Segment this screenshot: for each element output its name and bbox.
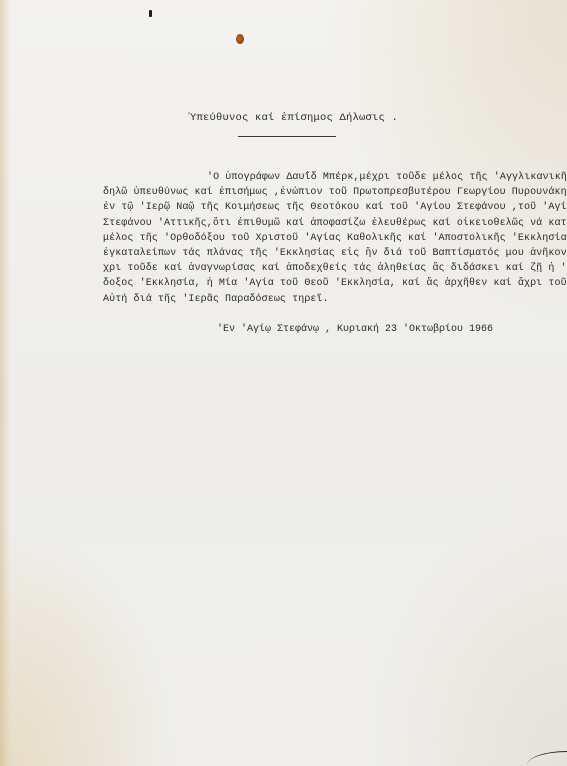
body-line: μέλος τῆς 'Ορθοδόξου τοῦ Χριστοῦ 'Αγίας … [103, 231, 558, 246]
ink-mark [149, 10, 152, 17]
body-line: ἐν τῷ 'Ιερῷ Ναῷ τῆς Κοιμήσεως τῆς Θεοτόκ… [103, 200, 558, 215]
rust-spot [236, 34, 244, 44]
body-line: 'Ο ὑπογράφων Δαυΐδ Μπέρκ,μέχρι τοῦδε μέλ… [103, 170, 558, 185]
body-line: δοξος 'Εκκλησία, ἡ Μία 'Αγία τοῦ Θεοῦ 'Ε… [103, 276, 558, 291]
body-line: ἐγκαταλείπων τάς πλάνας τῆς 'Εκκλησίας ε… [103, 246, 558, 261]
body-line: Αὐτή διά τῆς 'Ιερᾶς Παραδόσεως τηρεῖ. [103, 292, 558, 307]
place-date-line: 'Εν 'Αγίῳ Στεφάνῳ , Κυριακή 23 'Οκτωβρίο… [217, 324, 493, 335]
body-line: δηλῶ ὑπευθύνως καί ἐπισήμως ,ἐνώπιον τοῦ… [103, 185, 558, 200]
document-title: Ὑπεύθυνος καί ἐπίσημος Δήλωσις . [190, 112, 420, 124]
body-line: Στεφάνου 'Αττικῆς,ὅτι ἐπιθυμῶ καί ἀποφασ… [103, 216, 558, 231]
paper-corner-curl [527, 751, 567, 766]
declaration-body: 'Ο ὑπογράφων Δαυΐδ Μπέρκ,μέχρι τοῦδε μέλ… [103, 170, 558, 307]
title-underline [238, 136, 336, 137]
document-page: Ὑπεύθυνος καί ἐπίσημος Δήλωσις . 'Ο ὑπογ… [0, 0, 567, 766]
body-line: χρι τοῦδε καί ἀναγνωρίσας καί ἀποδεχθείς… [103, 261, 558, 276]
paper-edge-stain [0, 0, 10, 766]
